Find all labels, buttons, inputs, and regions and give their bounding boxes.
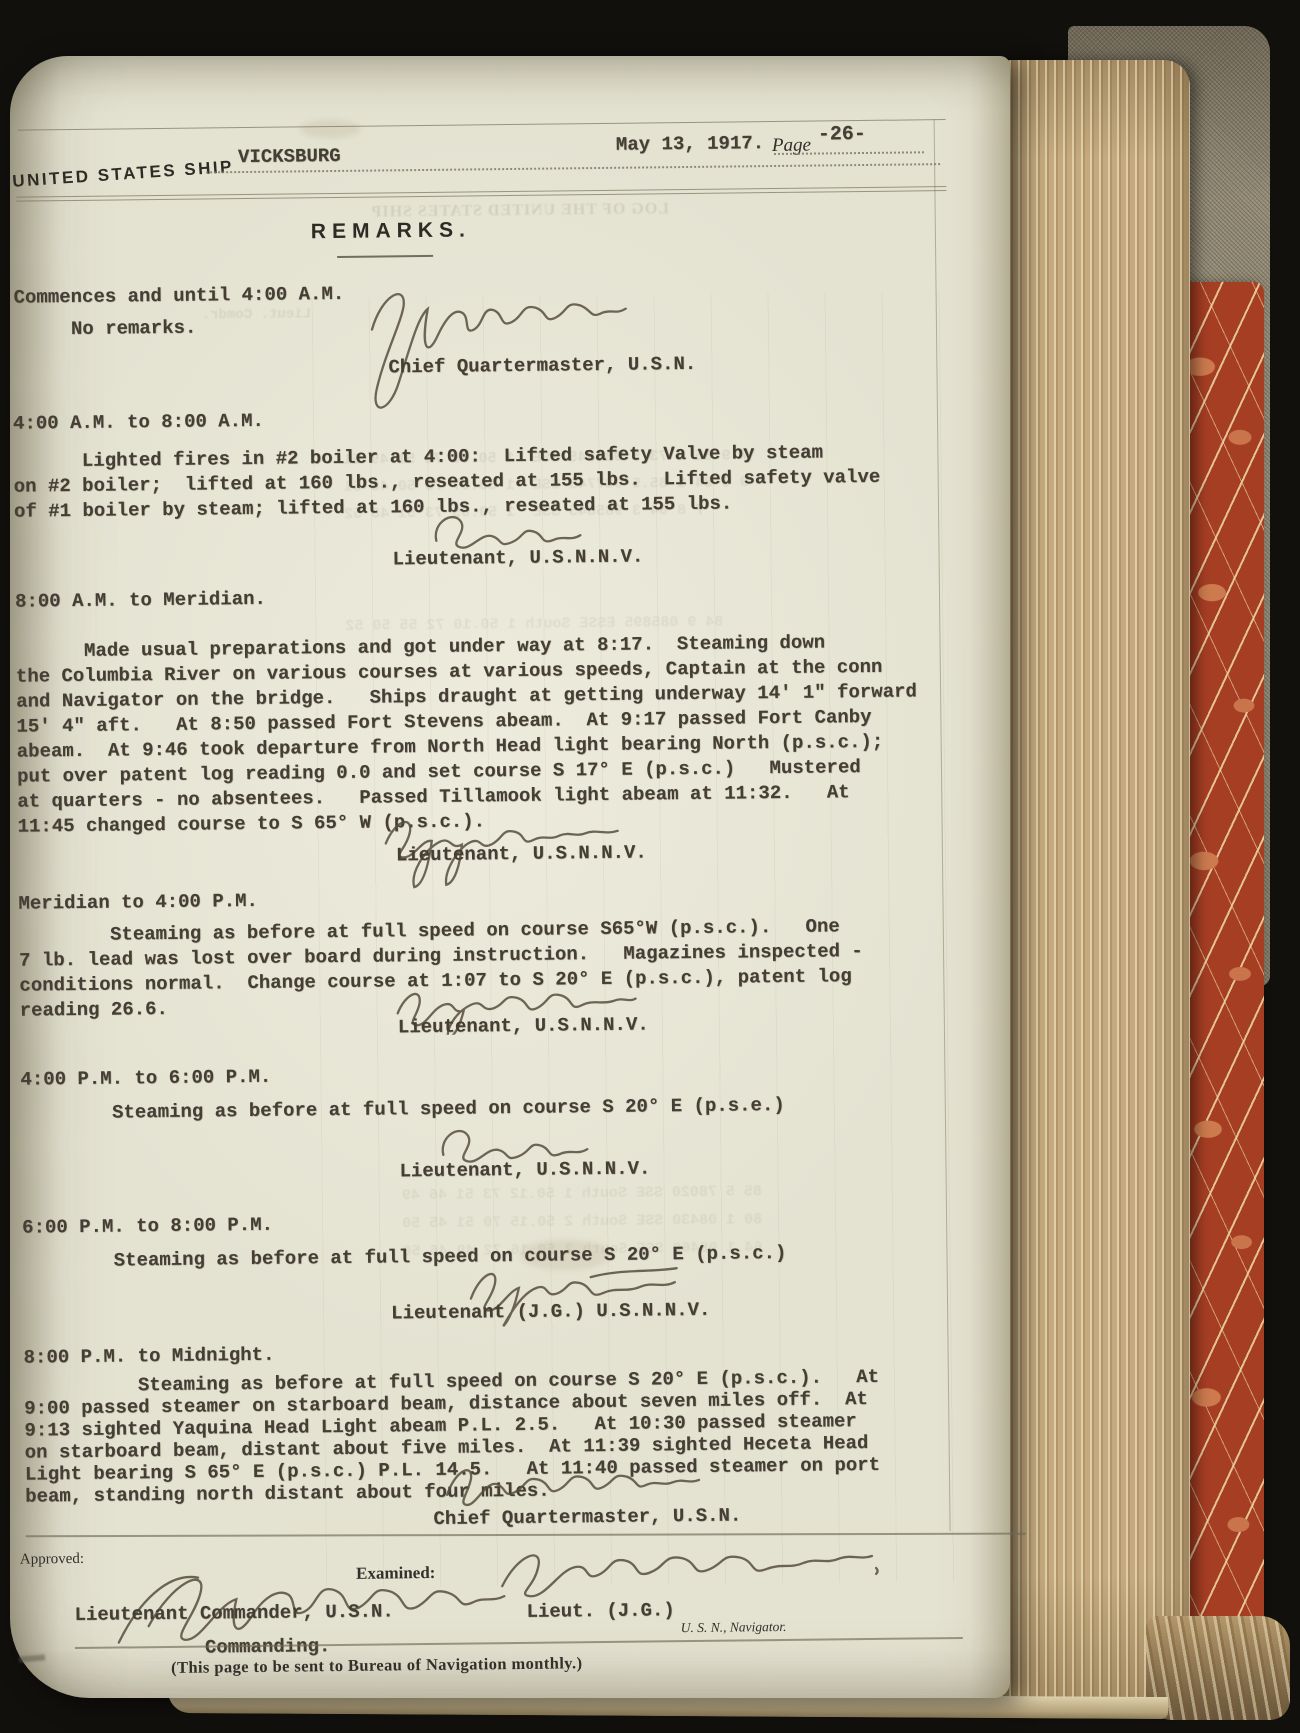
entry-body: No remarks. — [14, 316, 197, 343]
entry-period: Meridian to 4:00 P.M. — [18, 889, 258, 917]
book-photo: { "page_label": {"word": "Page", "number… — [0, 0, 1300, 1733]
log-date: May 13, 1917. — [616, 131, 765, 158]
signature-title: Lieutenant, U.S.N.N.V. — [396, 840, 647, 868]
signature-title: Lieutenant, U.S.N.N.V. — [392, 545, 643, 573]
bottom-note: (This page to be sent to Bureau of Navig… — [171, 1653, 583, 1678]
approver-title: Lieutenant Commander, U.S.N. — [74, 1599, 394, 1628]
page-content: LOG OF THE UNITED STATES SHIP Lieut. Com… — [9, 50, 1028, 1703]
book-cover-marbled-paper — [1184, 282, 1264, 1694]
entry-period: 8:00 P.M. to Midnight. — [23, 1343, 274, 1371]
bleedthrough-text: Lieut. Comdr. — [202, 306, 311, 323]
signature-title: Lieutenant, U.S.N.N.V. — [398, 1012, 649, 1040]
entry-period: Commences and until 4:00 A.M. — [13, 282, 344, 311]
examiner-note: U. S. N., Navigator. — [681, 1619, 787, 1636]
entry-period: 4:00 P.M. to 6:00 P.M. — [20, 1065, 271, 1093]
examiner-title: Lieut. (J.G.) — [526, 1598, 675, 1625]
page-number: -26- — [818, 122, 866, 148]
remarks-title: REMARKS. — [311, 218, 471, 244]
approved-label: Approved: — [20, 1551, 84, 1569]
entry-period: 4:00 A.M. to 8:00 A.M. — [13, 409, 264, 437]
ship-name: VICKSBURG — [238, 144, 341, 170]
entry-period: 6:00 P.M. to 8:00 P.M. — [22, 1213, 273, 1241]
signature-title: Lieutenant, U.S.N.N.V. — [399, 1156, 650, 1184]
ship-label: UNITED STATES SHIP — [12, 157, 235, 192]
form-number-print — [19, 1654, 45, 1662]
book-page-fore-edge — [1000, 60, 1190, 1708]
signature-blomquist — [353, 254, 655, 422]
header-top-rule — [18, 119, 946, 131]
signature-title: Lieutenant (J.G.) U.S.N.N.V. — [391, 1298, 711, 1327]
entry-period: 8:00 A.M. to Meridian. — [15, 587, 266, 615]
page-number-dotted-line — [774, 151, 924, 155]
signature-title: Chief Quartermaster, U.S.N. — [388, 352, 696, 380]
